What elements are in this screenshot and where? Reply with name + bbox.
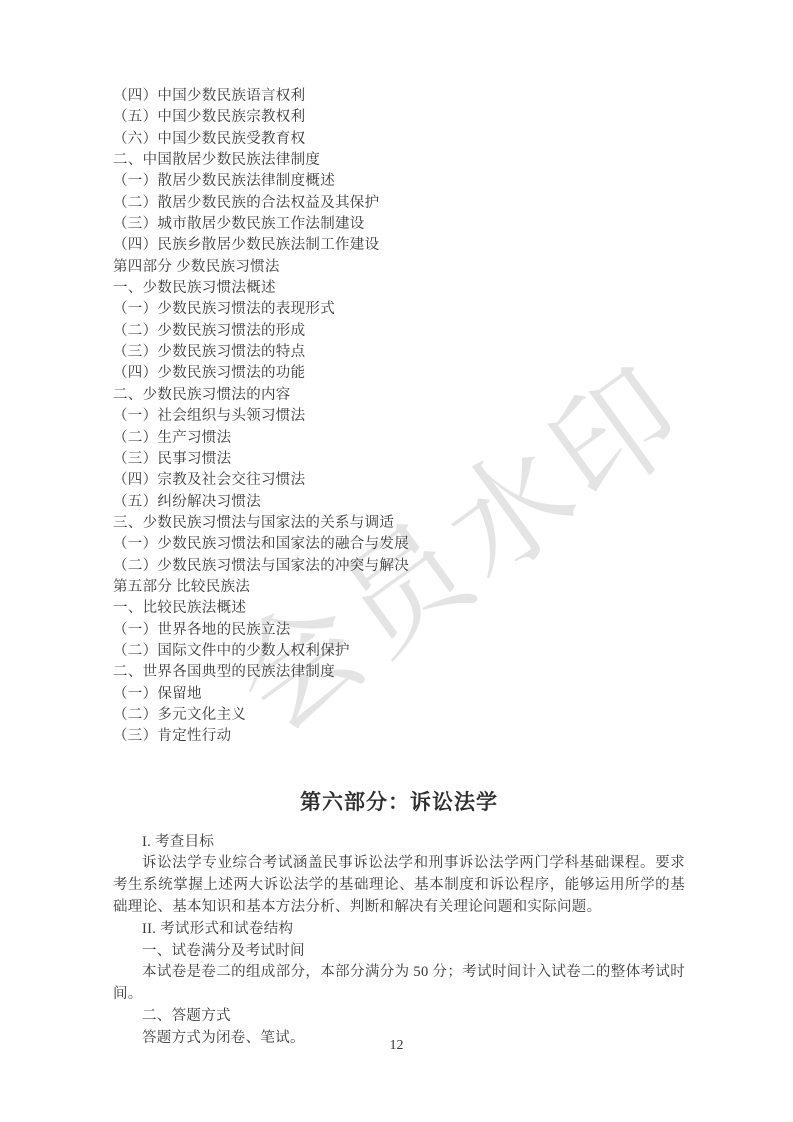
outline-line: 一、比较民族法概述 — [113, 598, 685, 619]
outline-line: （一）社会组织与头领习惯法 — [113, 406, 685, 427]
outline-line: 一、少数民族习惯法概述 — [113, 278, 685, 299]
outline-line: （二）少数民族习惯法与国家法的冲突与解决 — [113, 556, 685, 577]
outline-line: （五）纠纷解决习惯法 — [113, 492, 685, 513]
outline-line: 三、少数民族习惯法与国家法的关系与调适 — [113, 513, 685, 534]
outline-line: （四）宗教及社会交往习惯法 — [113, 470, 685, 491]
outline-line: （一）散居少数民族法律制度概述 — [113, 171, 685, 192]
outline-line: （一）少数民族习惯法的表现形式 — [113, 299, 685, 320]
body-paragraph: 二、答题方式 — [113, 1006, 685, 1028]
outline-line: （六）中国少数民族受教育权 — [113, 129, 685, 150]
outline-line: （一）少数民族习惯法和国家法的融合与发展 — [113, 534, 685, 555]
outline-line: （一）保留地 — [113, 684, 685, 705]
outline-line: 二、世界各国典型的民族法律制度 — [113, 662, 685, 683]
body-paragraph: II. 考试形式和试卷结构 — [113, 919, 685, 941]
outline-line: 第五部分 比较民族法 — [113, 577, 685, 598]
outline-line: （四）民族乡散居少数民族法制工作建设 — [113, 235, 685, 256]
outline-line: （二）国际文件中的少数人权利保护 — [113, 641, 685, 662]
outline-line: （三）少数民族习惯法的特点 — [113, 342, 685, 363]
outline-line: （三）民事习惯法 — [113, 449, 685, 470]
document-page: 会员水印 （四）中国少数民族语言权利（五）中国少数民族宗教权利（六）中国少数民族… — [0, 0, 793, 1122]
page-number: 12 — [0, 1038, 793, 1054]
outline-line: （四）少数民族习惯法的功能 — [113, 363, 685, 384]
outline-line: （二）散居少数民族的合法权益及其保护 — [113, 193, 685, 214]
section-title: 第六部分：诉讼法学 — [113, 786, 685, 816]
outline-line: 二、少数民族习惯法的内容 — [113, 385, 685, 406]
outline-line: 第四部分 少数民族习惯法 — [113, 257, 685, 278]
body-paragraph: I. 考查目标 — [113, 832, 685, 854]
body-paragraph: 一、试卷满分及考试时间 — [113, 941, 685, 963]
outline-line: （二）生产习惯法 — [113, 428, 685, 449]
section-body: I. 考查目标诉讼法学专业综合考试涵盖民事诉讼法学和刑事诉讼法学两门学科基础课程… — [113, 832, 685, 1050]
outline-line: （四）中国少数民族语言权利 — [113, 86, 685, 107]
outline-line: （三）城市散居少数民族工作法制建设 — [113, 214, 685, 235]
outline-line: （五）中国少数民族宗教权利 — [113, 107, 685, 128]
outline-list: （四）中国少数民族语言权利（五）中国少数民族宗教权利（六）中国少数民族受教育权二… — [113, 86, 685, 748]
body-paragraph: 诉讼法学专业综合考试涵盖民事诉讼法学和刑事诉讼法学两门学科基础课程。要求考生系统… — [113, 853, 685, 918]
outline-line: （一）世界各地的民族立法 — [113, 620, 685, 641]
outline-line: （二）多元文化主义 — [113, 705, 685, 726]
page-content: （四）中国少数民族语言权利（五）中国少数民族宗教权利（六）中国少数民族受教育权二… — [113, 86, 685, 1050]
outline-line: （三）肯定性行动 — [113, 726, 685, 747]
outline-line: （二）少数民族习惯法的形成 — [113, 321, 685, 342]
outline-line: 二、中国散居少数民族法律制度 — [113, 150, 685, 171]
body-paragraph: 本试卷是卷二的组成部分，本部分满分为 50 分；考试时间计入试卷二的整体考试时间… — [113, 962, 685, 1006]
